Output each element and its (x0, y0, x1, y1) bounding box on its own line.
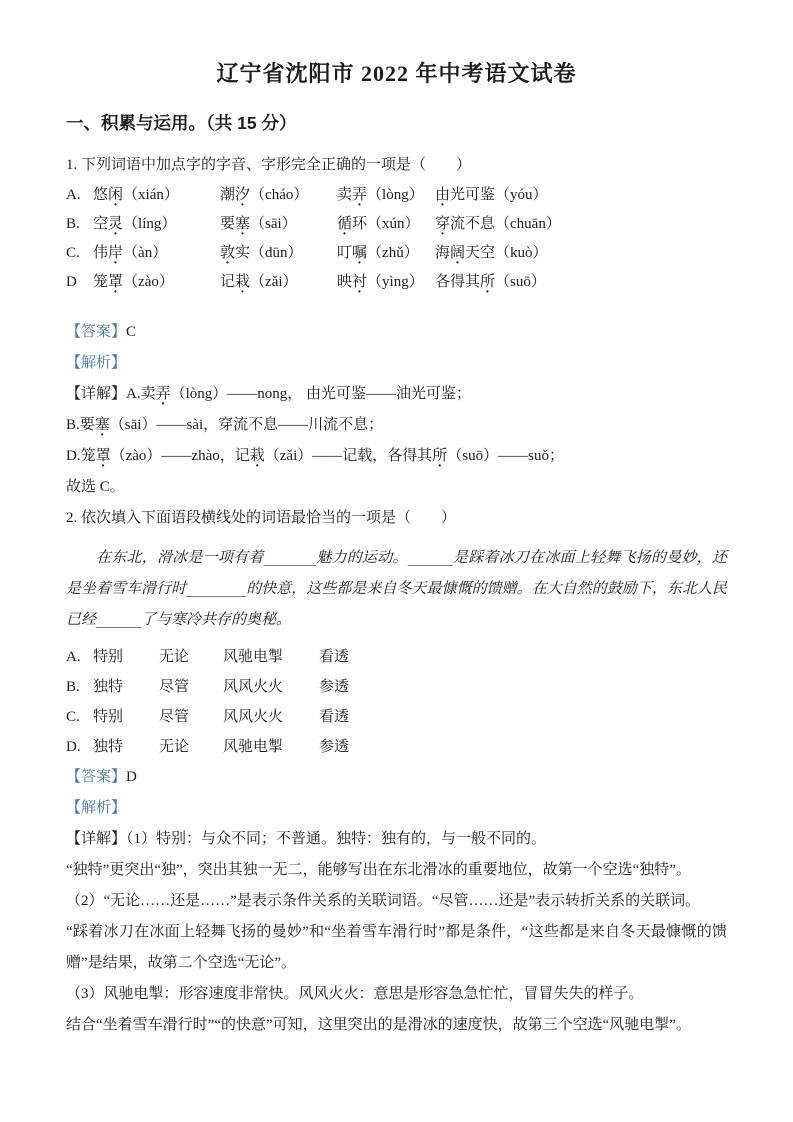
q2-detail-line: （3）风驰电掣：形容速度非常快。风风火火：意思是形容急急忙忙，冒冒失失的样子。 (66, 979, 727, 1010)
q2-analysis-label: 【解析】 (66, 793, 727, 824)
q2-detail-line: “踩着冰刀在冰面上轻舞飞扬的曼妙”和“坐着雪车滑行时”都是条件，“这些都是来自冬… (66, 917, 727, 979)
q2-answer-line: 【答案】D (66, 762, 727, 793)
option-item: 尽管 (159, 672, 223, 702)
option-label: D. (66, 732, 93, 762)
option-item: 风驰电掣 (223, 732, 319, 762)
option-item: 海阔天空（kuò） (435, 239, 548, 268)
option-item: 尽管 (159, 702, 223, 732)
q1-option-row-b: B. 空灵（líng） 要塞（sāi） 循环（xún） 穿流不息（chuān） (66, 210, 727, 239)
option-item: 各得其所（suō） (435, 268, 546, 297)
q1-option-row-c: C. 伟岸（àn） 敦实（dūn） 叮嘱（zhǔ） 海阔天空（kuò） (66, 239, 727, 268)
option-item: 空灵（líng） (93, 210, 220, 239)
option-label: A. (66, 642, 93, 672)
option-item: 风风火火 (223, 702, 319, 732)
option-item: 由光可鉴（yóu） (435, 181, 548, 210)
q1-option-row-a: A. 悠闲（xián） 潮汐（cháo） 卖弄（lòng） 由光可鉴（yóu） (66, 181, 727, 210)
option-item: 卖弄（lòng） (337, 181, 435, 210)
option-item: 伟岸（àn） (93, 239, 220, 268)
option-item: 独特 (93, 672, 159, 702)
option-item: 特别 (93, 702, 159, 732)
q2-detail-line: （2）“无论……还是……”是表示条件关系的关联词语。“尽管……还是”表示转折关系… (66, 886, 727, 917)
option-label: B. (66, 210, 93, 239)
q1-answer-line: 【答案】C (66, 317, 727, 348)
option-label: C. (66, 239, 93, 268)
option-item: 风风火火 (223, 672, 319, 702)
option-label: B. (66, 672, 93, 702)
q1-analysis-label: 【解析】 (66, 348, 727, 379)
option-item: 潮汐（cháo） (220, 181, 337, 210)
option-item: 穿流不息（chuān） (435, 210, 561, 239)
q2-answer-value: D (126, 769, 137, 785)
option-item: 记栽（zǎi） (220, 268, 337, 297)
q1-detail-line: 故选 C。 (66, 472, 727, 503)
option-item: 敦实（dūn） (220, 239, 337, 268)
option-label: C. (66, 702, 93, 732)
q1-answer-value: C (126, 324, 136, 340)
option-item: 看透 (319, 702, 349, 732)
option-item: 循环（xún） (337, 210, 435, 239)
option-item: 要塞（sāi） (220, 210, 337, 239)
option-label: D (66, 268, 93, 297)
q2-option-row-c: C. 特别 尽管 风风火火 看透 (66, 702, 727, 732)
option-item: 无论 (159, 642, 223, 672)
q2-option-row-b: B. 独特 尽管 风风火火 参透 (66, 672, 727, 702)
option-item: 风驰电掣 (223, 642, 319, 672)
answer-label: 【答案】 (66, 324, 126, 340)
q2-detail-line: 结合“坐着雪车滑行时”“的快意”可知，这里突出的是滑冰的速度快，故第三个空选“风… (66, 1010, 727, 1041)
option-item: 叮嘱（zhǔ） (337, 239, 435, 268)
q2-option-row-d: D. 独特 无论 风驰电掣 参透 (66, 732, 727, 762)
option-item: 参透 (319, 672, 349, 702)
option-item: 独特 (93, 732, 159, 762)
answer-label: 【答案】 (66, 769, 126, 785)
q1-option-row-d: D 笼罩（zào） 记栽（zǎi） 映衬（yìng） 各得其所（suō） (66, 268, 727, 297)
q1-detail-line: 【详解】A.卖弄（lòng）——nong， 由光可鉴——油光可鉴； (66, 379, 727, 410)
option-item: 无论 (159, 732, 223, 762)
option-item: 特别 (93, 642, 159, 672)
q2-detail-line: “独特”更突出“独”，突出其独一无二，能够写出在东北滑冰的重要地位，故第一个空选… (66, 855, 727, 886)
q2-stem: 2. 依次填入下面语段横线处的词语最恰当的一项是（ ） (66, 503, 727, 534)
q1-stem: 1. 下列词语中加点字的字音、字形完全正确的一项是（ ） (66, 150, 727, 181)
option-item: 笼罩（zào） (93, 268, 220, 297)
q2-passage: 在东北，滑冰是一项有着_______魅力的运动。______是踩着冰刀在冰面上轻… (66, 542, 727, 635)
option-item: 映衬（yìng） (337, 268, 435, 297)
option-item: 看透 (319, 642, 349, 672)
exam-title: 辽宁省沈阳市 2022 年中考语文试卷 (66, 58, 727, 90)
option-label: A. (66, 181, 93, 210)
exam-page: 辽宁省沈阳市 2022 年中考语文试卷 一、积累与运用。（共 15 分） 1. … (0, 0, 793, 1122)
option-item: 参透 (319, 732, 349, 762)
q2-option-row-a: A. 特别 无论 风驰电掣 看透 (66, 642, 727, 672)
section-heading: 一、积累与运用。（共 15 分） (66, 110, 727, 136)
q2-detail-line: 【详解】（1）特别：与众不同；不普通。独特：独有的，与一般不同的。 (66, 824, 727, 855)
q1-detail-line: D.笼罩（zào）——zhào，记栽（zǎi）——记载，各得其所（suō）——s… (66, 441, 727, 472)
option-item: 悠闲（xián） (93, 181, 220, 210)
